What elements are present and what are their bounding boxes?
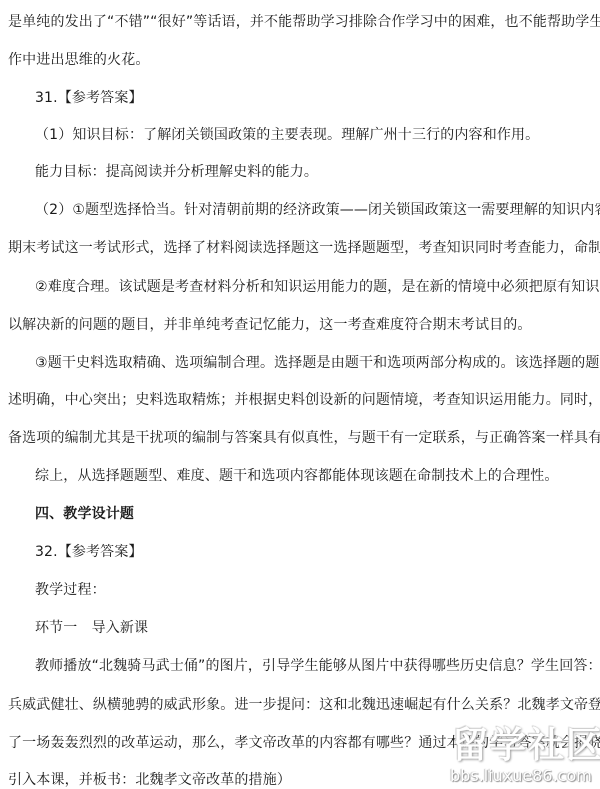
paragraph-line: 期末考试这一考试形式，选择了材料阅读选择题这一选择题题型，考查知识同时考查能力，… [8, 238, 600, 258]
paragraph-line: 综上，从选择题题型、难度、题干和选项内容都能体现该题在命制技术上的合理性。 [35, 466, 559, 486]
answer-label-31: 31.【参考答案】 [35, 88, 143, 108]
subsection-heading: 环节一 导入新课 [35, 618, 148, 638]
section-heading: 四、教学设计题 [35, 504, 134, 524]
paragraph-line: ②难度合理。该试题是考查材料分析和知识运用能力的题，是在新的情境中必须把原有知识… [35, 277, 600, 297]
paragraph-line: ③题干史料选取精确、选项编制合理。选择题是由题干和选项两部分构成的。该选择题的题… [35, 353, 600, 373]
paragraph-line: 述明确，中心突出；史料选取精炼；并根据史料创设新的问题情境，考查知识运用能力。同… [8, 390, 600, 410]
watermark-url: bbs.liuxue86.com [450, 766, 592, 786]
paragraph-line: （1）知识目标：了解闭关锁国政策的主要表现。理解广州十三行的内容和作用。 [35, 125, 539, 145]
paragraph-line: （2）①题型选择恰当。针对清朝前期的经济政策——闭关锁国政策这一需要理解的知识内… [35, 200, 600, 220]
paragraph-line: 引入本课，并板书：北魏孝文帝改革的措施） [8, 770, 291, 789]
paragraph-line: 以解决新的问题的题目，并非单纯考查记忆能力，这一考查难度符合期末考试目的。 [8, 315, 532, 335]
paragraph-line: 了一场轰轰烈烈的改革运动，那么，孝文帝改革的内容都有哪些？通过本课的学习答案就会… [8, 733, 600, 753]
paragraph-line: 是单纯的发出了“不错”“很好”等话语，并不能帮助学习排除合作学习中的困难，也不能… [8, 12, 600, 32]
paragraph-line: 兵威武健壮、纵横驰骋的威武形象。进一步提问：这和北魏迅速崛起有什么关系？北魏孝文… [8, 695, 600, 715]
paragraph-line: 教师播放“北魏骑马武士俑”的图片，引导学生能够从图片中获得哪些历史信息？学生回答… [35, 656, 600, 676]
paragraph-line: 能力目标：提高阅读并分析理解史料的能力。 [35, 162, 318, 182]
answer-label-32: 32.【参考答案】 [35, 542, 143, 562]
paragraph-line: 教学过程： [35, 580, 106, 600]
paragraph-line: 备选项的编制尤其是干扰项的编制与答案具有似真性，与题干有一定联系，与正确答案一样… [8, 428, 600, 448]
paragraph-line: 作中进出思维的火花。 [8, 50, 150, 70]
